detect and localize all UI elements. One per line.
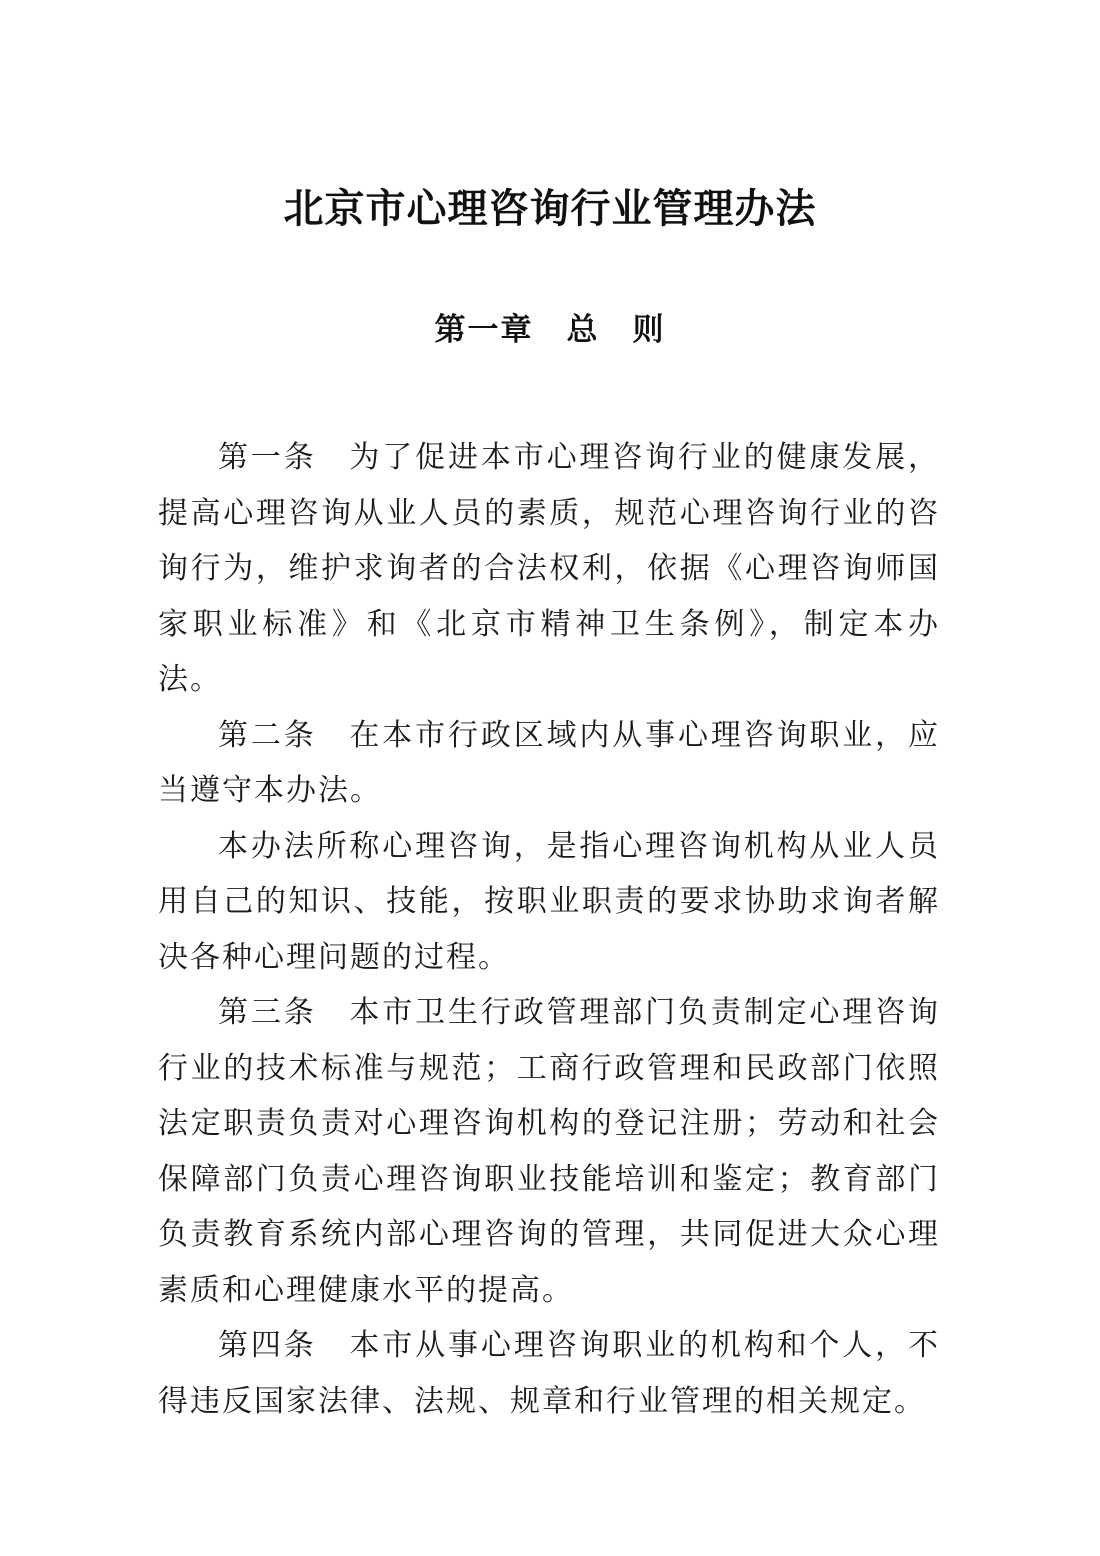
document-page: 北京市心理咨询行业管理办法 第一章 总 则 第一条 为了促进本市心理咨询行业的健… (0, 0, 1100, 1556)
document-body: 第一条 为了促进本市心理咨询行业的健康发展，提高心理咨询从业人员的素质，规范心理… (158, 430, 940, 1429)
article-2-paragraph: 第二条 在本市行政区域内从事心理咨询职业，应当遵守本办法。 (158, 708, 940, 819)
article-1-paragraph: 第一条 为了促进本市心理咨询行业的健康发展，提高心理咨询从业人员的素质，规范心理… (158, 430, 940, 708)
article-4-paragraph: 第四条 本市从事心理咨询职业的机构和个人，不得违反国家法律、法规、规章和行业管理… (158, 1318, 940, 1429)
document-title: 北京市心理咨询行业管理办法 (0, 0, 1100, 232)
chapter-heading: 第一章 总 则 (0, 310, 1100, 350)
article-2-definition-paragraph: 本办法所称心理咨询，是指心理咨询机构从业人员用自己的知识、技能，按职业职责的要求… (158, 819, 940, 986)
article-3-paragraph: 第三条 本市卫生行政管理部门负责制定心理咨询行业的技术标准与规范；工商行政管理和… (158, 985, 940, 1318)
